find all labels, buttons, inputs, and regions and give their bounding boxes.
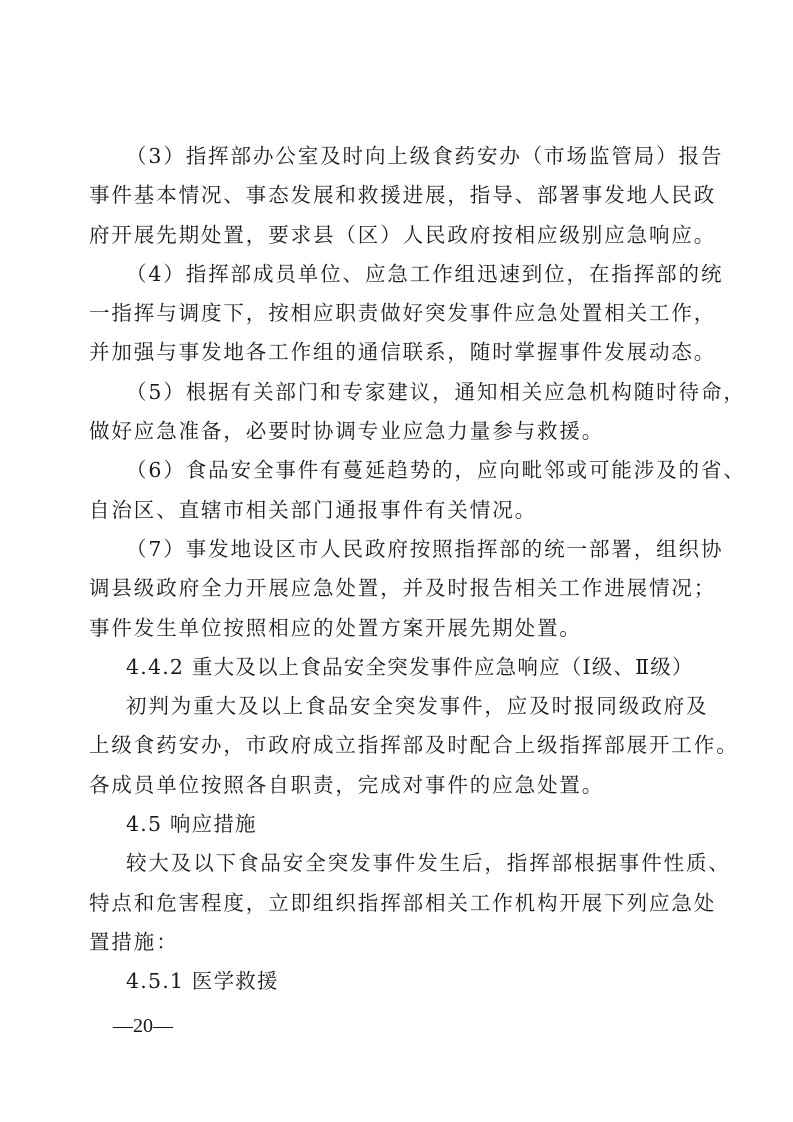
- paragraph-item-7: （7）事发地设区市人民政府按照指挥部的统一部署，组织协 调县级政府全力开展应急处…: [89, 530, 709, 648]
- text-line: 较大及以下食品安全突发事件发生后，指挥部根据事件性质、: [89, 844, 709, 883]
- heading-text: 4.5 响应措施: [89, 805, 709, 844]
- heading-text: 4.4.2 重大及以上食品安全突发事件应急响应（Ⅰ级、Ⅱ级）: [89, 648, 709, 687]
- text-line: 府开展先期处置，要求县（区）人民政府按相应级别应急响应。: [89, 216, 709, 255]
- text-line: 初判为重大及以上食品安全突发事件，应及时报同级政府及: [89, 687, 709, 726]
- page-number: —20—: [113, 1015, 173, 1038]
- text-line: 调县级政府全力开展应急处置，并及时报告相关工作进展情况；: [89, 569, 709, 608]
- text-line: 各成员单位按照各自职责，完成对事件的应急处置。: [89, 766, 709, 805]
- text-line: 做好应急准备，必要时协调专业应急力量参与救援。: [89, 412, 709, 451]
- text-line: 并加强与事发地各工作组的通信联系，随时掌握事件发展动态。: [89, 333, 709, 372]
- text-line: 事件基本情况、事态发展和救援进展，指导、部署事发地人民政: [89, 176, 709, 215]
- paragraph-item-5: （5）根据有关部门和专家建议，通知相关应急机构随时待命， 做好应急准备，必要时协…: [89, 373, 709, 452]
- paragraph-item-4: （4）指挥部成员单位、应急工作组迅速到位，在指挥部的统 一指挥与调度下，按相应职…: [89, 255, 709, 373]
- text-line: 特点和危害程度，立即组织指挥部相关工作机构开展下列应急处: [89, 884, 709, 923]
- text-line: （6）食品安全事件有蔓延趋势的，应向毗邻或可能涉及的省、: [89, 451, 709, 490]
- text-line: 事件发生单位按照相应的处置方案开展先期处置。: [89, 609, 709, 648]
- text-line: （7）事发地设区市人民政府按照指挥部的统一部署，组织协: [89, 530, 709, 569]
- section-heading-4-5: 4.5 响应措施: [89, 805, 709, 844]
- text-line: 置措施：: [89, 923, 709, 962]
- text-line: 上级食药安办，市政府成立指挥部及时配合上级指挥部展开工作。: [89, 726, 709, 765]
- paragraph-item-3: （3）指挥部办公室及时向上级食药安办（市场监管局）报告 事件基本情况、事态发展和…: [89, 137, 709, 255]
- paragraph-item-6: （6）食品安全事件有蔓延趋势的，应向毗邻或可能涉及的省、 自治区、直辖市相关部门…: [89, 451, 709, 530]
- text-line: 自治区、直辖市相关部门通报事件有关情况。: [89, 491, 709, 530]
- text-line: （5）根据有关部门和专家建议，通知相关应急机构随时待命，: [89, 373, 709, 412]
- text-line: （4）指挥部成员单位、应急工作组迅速到位，在指挥部的统: [89, 255, 709, 294]
- section-heading-4-5-1: 4.5.1 医学救援: [89, 962, 709, 1001]
- text-line: （3）指挥部办公室及时向上级食药安办（市场监管局）报告: [89, 137, 709, 176]
- document-page: （3）指挥部办公室及时向上级食药安办（市场监管局）报告 事件基本情况、事态发展和…: [89, 137, 709, 1002]
- paragraph-4-4-2: 初判为重大及以上食品安全突发事件，应及时报同级政府及 上级食药安办，市政府成立指…: [89, 687, 709, 805]
- section-heading-4-4-2: 4.4.2 重大及以上食品安全突发事件应急响应（Ⅰ级、Ⅱ级）: [89, 648, 709, 687]
- text-line: 一指挥与调度下，按相应职责做好突发事件应急处置相关工作，: [89, 294, 709, 333]
- heading-text: 4.5.1 医学救援: [89, 962, 709, 1001]
- paragraph-4-5: 较大及以下食品安全突发事件发生后，指挥部根据事件性质、 特点和危害程度，立即组织…: [89, 844, 709, 962]
